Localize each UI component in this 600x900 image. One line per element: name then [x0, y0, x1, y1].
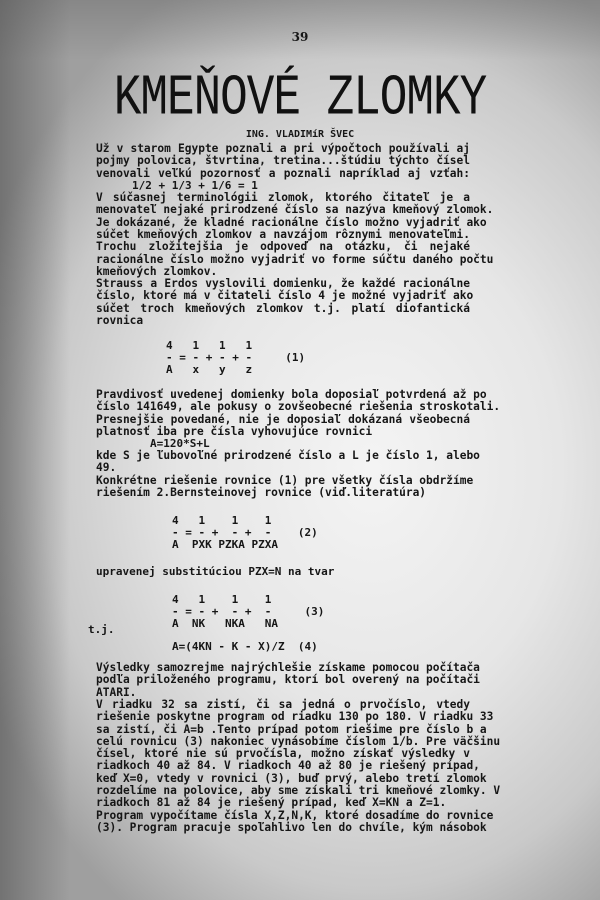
text-line: ATARI.: [96, 687, 136, 699]
page-number: 39: [0, 30, 600, 44]
text-line: Je dokázané, že kladné racionálne číslo …: [96, 217, 470, 229]
text-line: platnosť iba pre čísla vyhovujúce rovnic…: [96, 426, 372, 438]
text-line: Výsledky samozrejme najrýchlešie získame…: [96, 662, 470, 674]
article-title: KMEŇOVÉ ZLOMKY: [0, 66, 600, 131]
text-line: súčet troch kmeňových zlomkov t.j. platí…: [96, 303, 470, 315]
equation-2-denominators: A PXK PZKA PZXA: [172, 539, 278, 551]
text-line: Pravdivosť uvedenej domienky bola doposi…: [96, 389, 470, 401]
text-line: (3). Program pracuje spoľahlivo len do c…: [96, 822, 470, 834]
text-line: riešenie poskytne program od riadku 130 …: [96, 711, 470, 723]
text-line: V súčasnej terminológii zlomok, ktorého …: [96, 192, 470, 204]
text-line: kde S je ľubovoľné prirodzené číslo a L …: [96, 450, 470, 462]
scanned-page: 39 KMEŇOVÉ ZLOMKY ING. VLADIMíR ŠVEC Už …: [0, 0, 600, 900]
text-line: riadkoch 81 až 84 je riešený prípad, keď…: [96, 797, 446, 809]
tj-label: t.j.: [88, 624, 115, 636]
article-author: ING. VLADIMíR ŠVEC: [0, 129, 600, 140]
text-line: celú rovnicu (3) nakoniec vynásobíme čís…: [96, 736, 470, 748]
equation-4: A=(4KN - K - X)/Z (4): [172, 641, 318, 653]
text-line: rozdelíme na polovice, aby sme získali t…: [96, 785, 470, 797]
text-line: kmeňových zlomkov.: [96, 266, 217, 278]
text-line: sa zistí, či A=b .Tento prípad potom rie…: [96, 724, 470, 736]
text-line: Trochu zložitejšia je odpoveď na otázku,…: [96, 241, 470, 253]
text-line: Program vypočítame čísla X,Z,N,K, ktoré …: [96, 810, 470, 822]
substitution-line: upravenej substitúciou PZX=N na tvar: [96, 566, 334, 578]
equation-3-denominators: A NK NKA NA: [172, 618, 278, 630]
text-line: číslo 141649, ale pokusy o zovšeobecné r…: [96, 401, 470, 413]
text-line: súčet kmeňových zlomkov a navzájom rôzny…: [96, 229, 470, 241]
text-line: rovnica: [96, 315, 143, 327]
text-line: Konkrétne riešenie rovnice (1) pre všetk…: [96, 475, 470, 487]
text-line: podľa priloženého programu, ktorí bol ov…: [96, 674, 470, 686]
text-line: Už v starom Egypte poznali a pri výpočto…: [96, 143, 470, 155]
text-line: V riadku 32 sa zistí, či sa jedná o prvo…: [96, 699, 470, 711]
text-line: pojmy polovica, štvrtina, tretina...štúd…: [96, 155, 470, 167]
text-line: Strauss a Erdos vyslovili domienku, že k…: [96, 278, 470, 290]
text-line: číslo, ktoré má v čitateli číslo 4 je mo…: [96, 290, 470, 302]
text-line: riešením 2.Bernsteinovej rovnice (viď.li…: [96, 487, 426, 499]
text-line: 49.: [96, 462, 116, 474]
text-line: čísel, ktoré nie sú prvočísla, možno zís…: [96, 748, 470, 760]
text-line: riadkoch 40 až 84. V riadkoch 40 až 80 j…: [96, 760, 470, 772]
text-line: keď X=0, vtedy v rovnici (3), buď prvý, …: [96, 773, 470, 785]
text-line: venovali veľkú pozornosť a poznali naprí…: [96, 168, 470, 180]
text-line: racionálne číslo možno vyjadriť vo forme…: [96, 254, 470, 266]
equation-1-denominators: A x y z: [166, 364, 252, 376]
text-line: Presnejšie povedané, nie je doposiaľ dok…: [96, 414, 470, 426]
text-line: menovateľ nejaké prirodzené číslo sa naz…: [96, 204, 470, 216]
